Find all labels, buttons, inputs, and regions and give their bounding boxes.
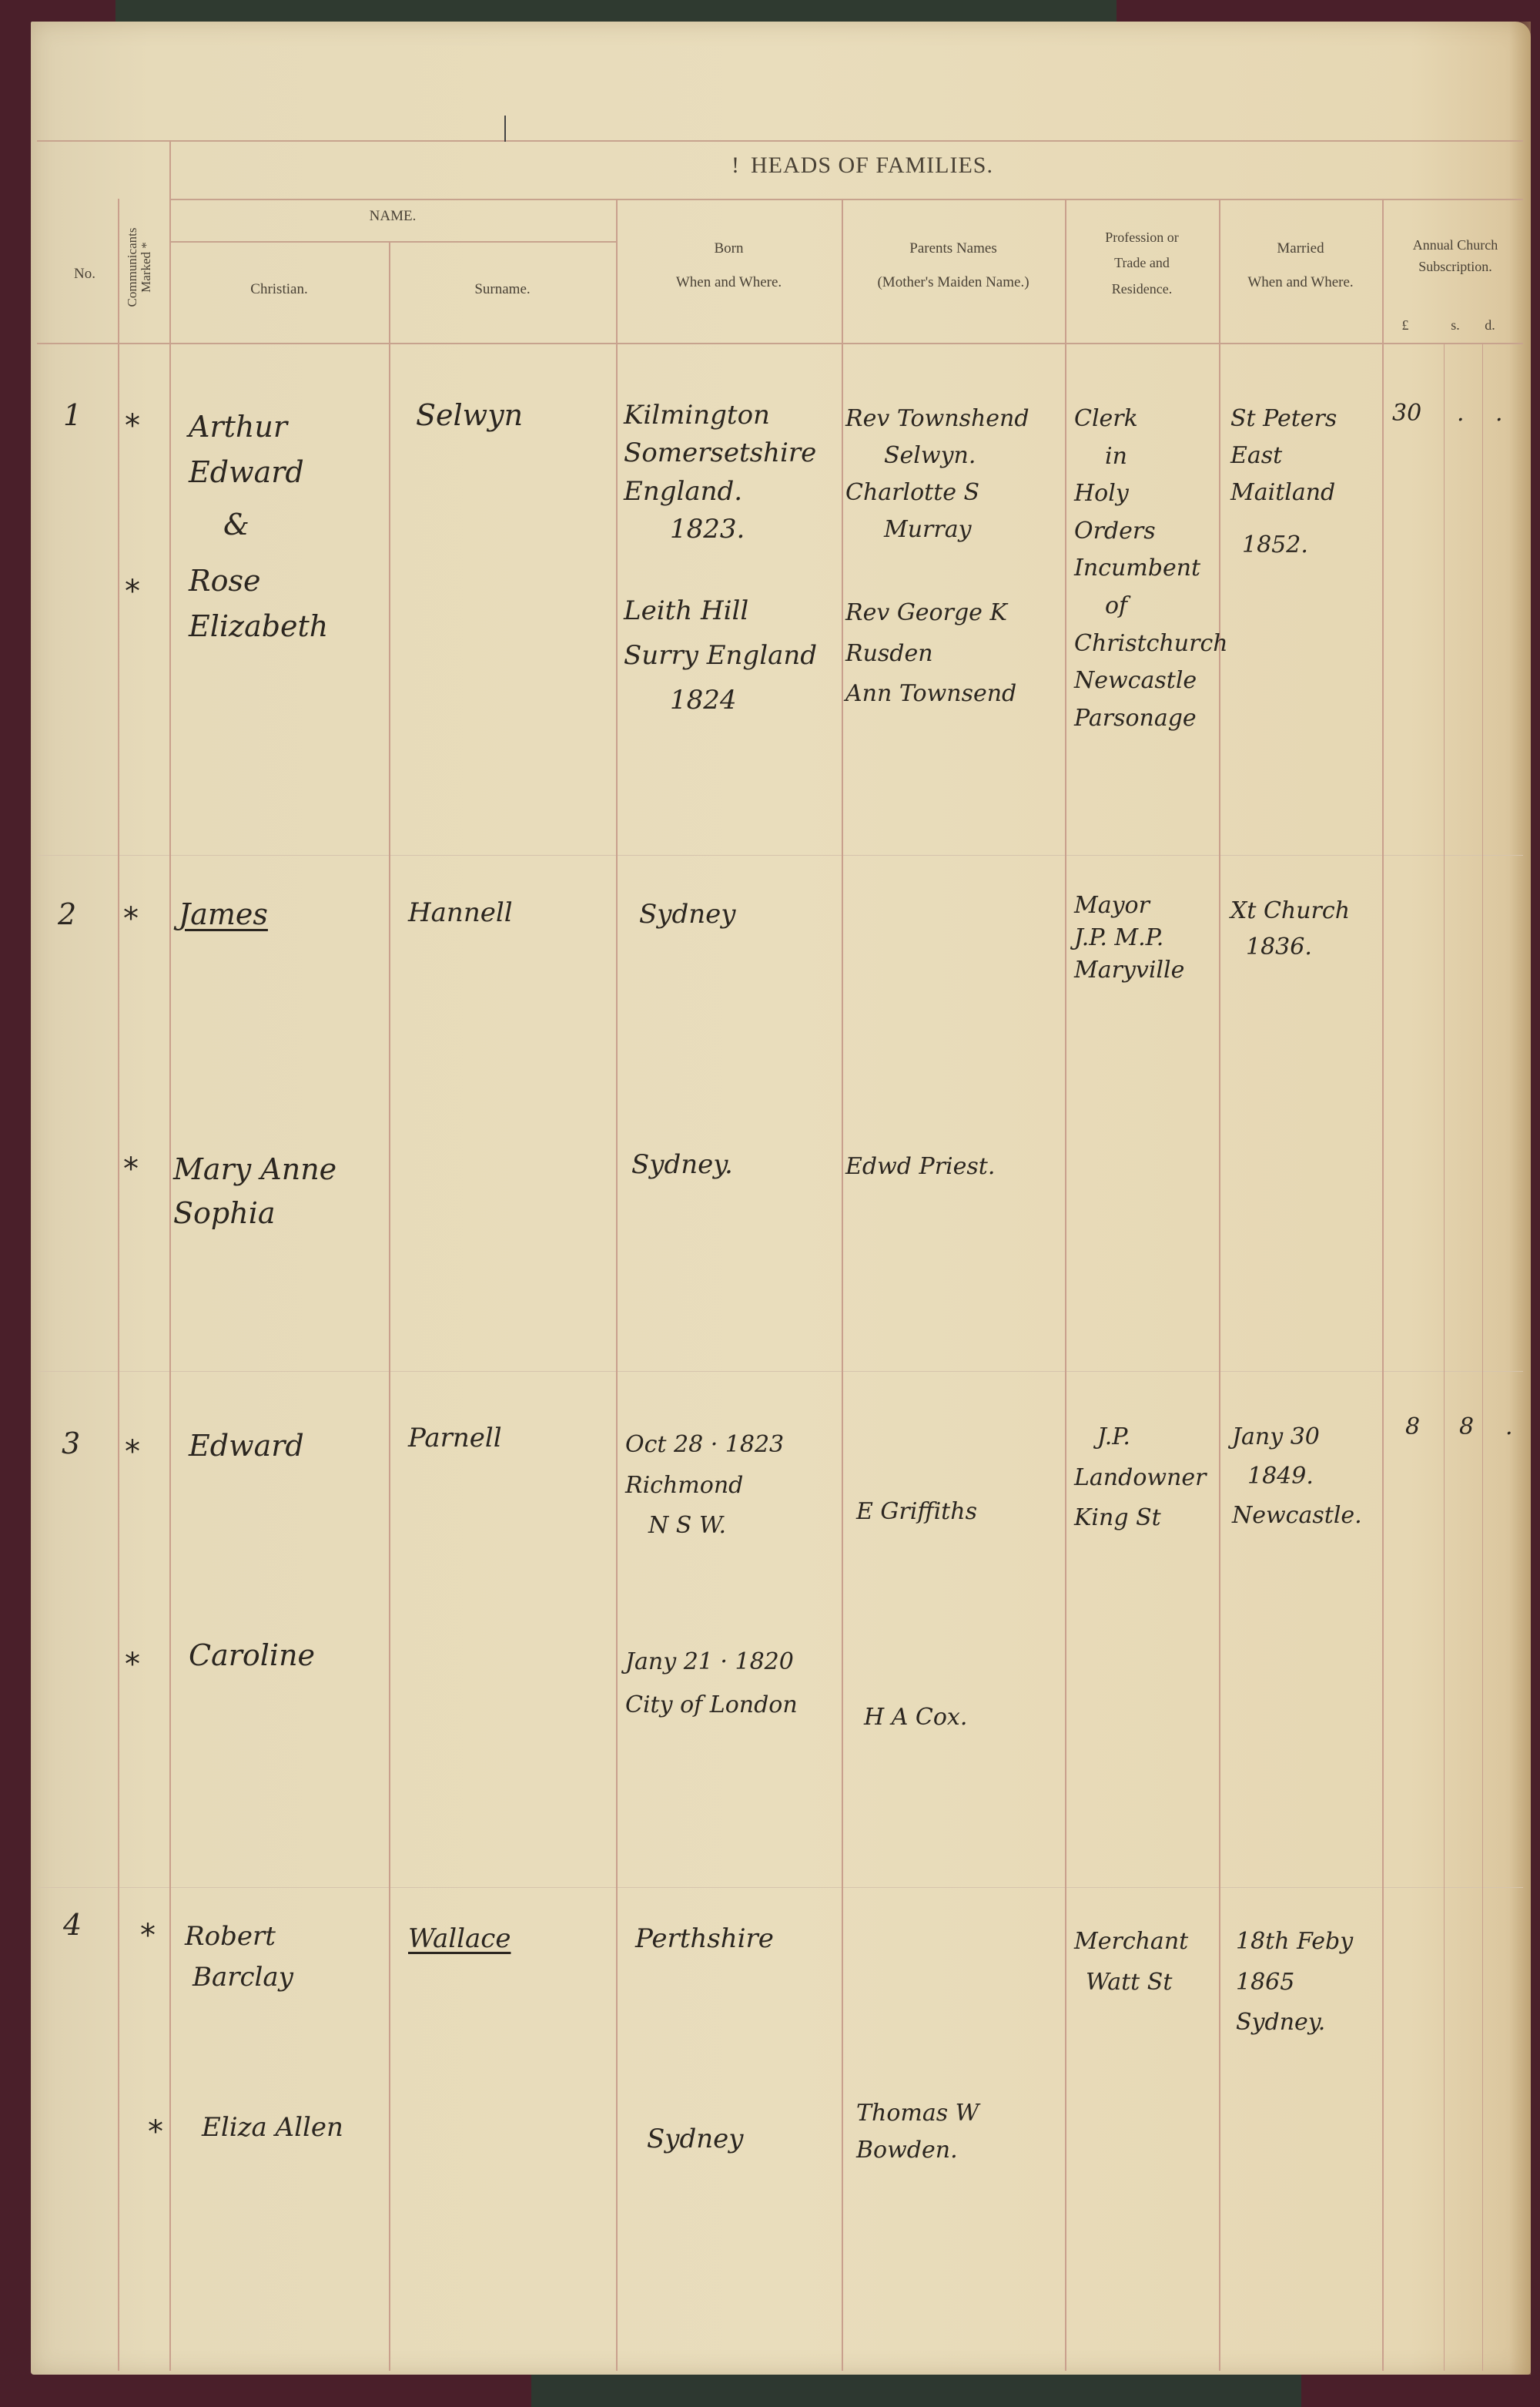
parents-names: Thomas W Bowden. — [856, 2095, 979, 2169]
parents-names: E Griffiths — [856, 1500, 977, 1524]
birth-details: Kilmington Somersetshire England. 1823. — [624, 397, 816, 548]
header-married: Married When and Where. — [1219, 240, 1382, 291]
entry-no: 4 — [63, 1910, 82, 1939]
header-pounds: £ — [1390, 317, 1421, 334]
col-rule-christian — [389, 241, 390, 2371]
surname: Hannell — [408, 900, 513, 926]
rule-header-bottom — [37, 343, 1523, 344]
marriage-details: St Peters East Maitland 1852. — [1230, 401, 1337, 564]
christian-name: Arthur Edward — [189, 404, 304, 495]
header-communicants: Communicants Marked * — [126, 213, 164, 321]
surname: Wallace — [408, 1926, 511, 1952]
marriage-details: Xt Church 1836. — [1230, 893, 1350, 965]
subscription-pence: . — [1495, 402, 1503, 425]
page-title: !HEADS OF FAMILIES. — [631, 153, 1093, 179]
communicant-mark: * — [125, 1434, 140, 1470]
header-no: No. — [54, 266, 115, 283]
birth-details: Oct 28 · 1823 Richmond N S W. — [625, 1425, 784, 1547]
subscription-shillings: . — [1457, 402, 1465, 425]
header-born: Born When and Where. — [616, 240, 842, 291]
col-rule-shillings — [1444, 343, 1445, 2371]
rule-entry-2-bottom — [37, 1371, 1523, 1372]
birth-details: Jany 21 · 1820 City of London — [625, 1641, 798, 1726]
page-edge — [1509, 22, 1531, 2375]
surname: Selwyn — [416, 401, 523, 430]
header-parents: Parents Names (Mother's Maiden Name.) — [842, 240, 1065, 291]
rule-entry-3-bottom — [37, 1887, 1523, 1888]
christian-name: James — [179, 900, 268, 929]
header-subscription: Annual Church Subscription. — [1382, 235, 1528, 278]
communicant-mark: * — [125, 1647, 140, 1682]
communicant-mark: * — [125, 574, 140, 609]
parents-names: H A Cox. — [864, 1706, 967, 1729]
communicant-mark: * — [140, 1918, 156, 1953]
rule-title-bottom — [169, 199, 1523, 200]
surname: Parnell — [408, 1425, 502, 1451]
parents-names: Rev George K Rusden Ann Townsend — [845, 593, 1016, 715]
birth-details: Sydney — [639, 901, 736, 927]
subscription-pence: . — [1505, 1416, 1513, 1439]
subscription-pounds: 8 — [1405, 1416, 1420, 1439]
col-rule-communicants — [169, 140, 171, 2371]
header-name: NAME. — [169, 208, 616, 225]
header-shillings: s. — [1440, 317, 1471, 334]
christian-name: Rose Elizabeth — [189, 558, 328, 649]
marriage-details: Jany 30 1849. Newcastle. — [1232, 1417, 1362, 1535]
communicant-mark: * — [148, 2114, 163, 2150]
col-rule-pence — [1482, 343, 1483, 2371]
rule-top — [37, 140, 1523, 142]
subscription-shillings: 8 — [1459, 1416, 1474, 1439]
entry-no: 3 — [62, 1429, 80, 1458]
col-rule-no — [118, 199, 119, 2371]
entry-no: 1 — [63, 401, 82, 430]
profession-residence: Clerk in Holy Orders Incumbent of Christ… — [1074, 401, 1228, 737]
title-mark: ! — [731, 153, 740, 178]
header-profession: Profession or Trade and Residence. — [1065, 225, 1219, 302]
header-surname: Surname. — [389, 281, 616, 298]
profession-residence: Merchant Watt St — [1074, 1922, 1188, 2003]
profession-residence: J.P. Landowner King St — [1074, 1417, 1207, 1539]
christian-name: Caroline — [189, 1641, 315, 1670]
rule-entry-1-bottom — [37, 855, 1523, 856]
birth-details: Sydney. — [631, 1152, 733, 1178]
christian-name: Edward — [189, 1431, 304, 1460]
birth-details: Leith Hill Surry England 1824 — [624, 589, 817, 722]
entry-no: 2 — [58, 900, 76, 929]
pencil-tick — [504, 116, 506, 142]
col-rule-surname — [616, 199, 618, 2371]
col-rule-married — [1382, 199, 1384, 2371]
profession-residence: Mayor J.P. M.P. Maryville — [1074, 890, 1184, 987]
connector: & — [223, 510, 249, 539]
subscription-pounds: 30 — [1392, 402, 1421, 425]
christian-name: Mary Anne Sophia — [173, 1148, 336, 1235]
header-pence: d. — [1475, 317, 1505, 334]
parents-names: Rev Townshend Selwyn. Charlotte S Murray — [845, 401, 1029, 548]
marriage-details: 18th Feby 1865 Sydney. — [1236, 1922, 1353, 2043]
christian-name: Robert Barclay — [185, 1916, 293, 1997]
communicant-mark: * — [125, 408, 140, 444]
header-christian: Christian. — [169, 281, 389, 298]
birth-details: Perthshire — [635, 1926, 774, 1952]
rule-name-sub — [169, 241, 616, 243]
christian-name: Eliza Allen — [202, 2114, 343, 2140]
birth-details: Sydney — [647, 2126, 744, 2152]
col-rule-parents — [1065, 199, 1066, 2371]
col-rule-born — [842, 199, 843, 2371]
parents-names: Edwd Priest. — [845, 1155, 995, 1178]
communicant-mark: * — [123, 901, 139, 937]
communicant-mark: * — [123, 1152, 139, 1187]
